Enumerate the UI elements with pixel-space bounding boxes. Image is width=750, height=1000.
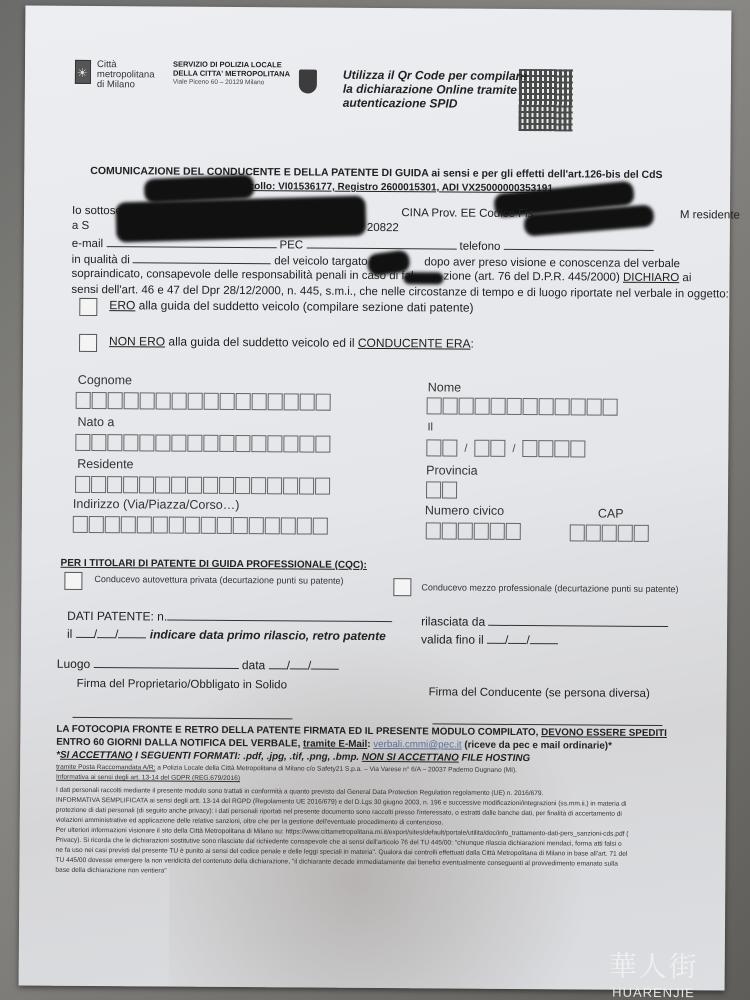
police-service-block: SERVIZIO DI POLIZIA LOCALE DELLA CITTA' … <box>173 60 290 88</box>
char-box[interactable] <box>268 393 283 410</box>
title-rest: ai sensi e per gli effetti dell'art.126-… <box>428 167 662 181</box>
text: LA FOTOCOPIA FRONTE E RETRO DELLA PATENT… <box>56 724 541 738</box>
place-label: Luogo <box>57 657 90 671</box>
char-box[interactable] <box>474 523 489 540</box>
char-box[interactable] <box>265 517 280 534</box>
char-box[interactable] <box>91 476 106 493</box>
char-box[interactable] <box>187 477 202 494</box>
watermark-latin: HUARENJIE <box>609 985 699 1000</box>
issue-date-label: il <box>67 627 72 641</box>
char-box[interactable] <box>315 436 330 453</box>
char-box[interactable] <box>442 439 457 456</box>
indirizzo-boxes[interactable] <box>73 516 328 535</box>
day-boxes[interactable] <box>426 439 457 456</box>
text: SI ACCETTANO <box>60 750 132 762</box>
char-box[interactable] <box>121 516 136 533</box>
non-ero-option-label: NON ERO alla guida del suddetto veicolo … <box>109 334 474 351</box>
issued-by-field[interactable] <box>488 615 668 627</box>
char-box[interactable] <box>139 476 154 493</box>
driver-signature-label: Firma del Conducente (se persona diversa… <box>429 686 650 700</box>
email-label: e-mail <box>72 238 103 250</box>
year-boxes[interactable] <box>522 440 585 457</box>
char-box[interactable] <box>538 440 553 457</box>
ero-checkbox[interactable] <box>79 298 97 316</box>
role-label: in qualità di <box>72 254 130 266</box>
service-address: Viale Piceno 60 – 20129 Milano <box>173 78 290 88</box>
nato-a-label: Nato a <box>77 415 114 429</box>
char-box[interactable] <box>587 398 602 415</box>
char-box[interactable] <box>281 517 296 534</box>
text: M residente <box>680 209 740 221</box>
residente-boxes[interactable] <box>75 476 330 495</box>
email-link[interactable]: verbali.cmmi@pec.it <box>373 739 461 751</box>
role-field[interactable] <box>133 252 271 264</box>
cap-boxes[interactable] <box>570 524 649 542</box>
indirizzo-label: Indirizzo (Via/Piazza/Corso…) <box>73 497 240 512</box>
residente-label: Residente <box>77 457 133 471</box>
char-box[interactable] <box>634 525 649 542</box>
cognome-label: Cognome <box>78 373 132 387</box>
birth-date-label: Il <box>427 421 433 433</box>
char-box[interactable] <box>539 398 554 415</box>
char-box[interactable] <box>315 478 330 495</box>
char-box[interactable] <box>156 392 171 409</box>
char-box[interactable] <box>236 393 251 410</box>
char-box[interactable] <box>570 524 585 541</box>
text: NON SI ACCETTANO <box>362 752 459 764</box>
char-box[interactable] <box>76 392 91 409</box>
char-box[interactable] <box>73 516 88 533</box>
char-box[interactable] <box>220 393 235 410</box>
char-box[interactable] <box>153 516 168 533</box>
char-box[interactable] <box>201 517 216 534</box>
non-ero-key: NON ERO <box>109 334 165 348</box>
char-box[interactable] <box>555 398 570 415</box>
ero-option-label: ERO alla guida del suddetto veicolo (com… <box>109 298 473 315</box>
char-box[interactable] <box>75 434 90 451</box>
char-box[interactable] <box>172 393 187 410</box>
char-box[interactable] <box>235 477 250 494</box>
valid-until-label: valida fino il <box>421 632 484 646</box>
valid-until-row: valida fino il // <box>421 632 558 647</box>
text: dopo aver preso visione e conoscenza del… <box>424 256 680 270</box>
text: : <box>471 337 474 351</box>
non-ero-checkbox[interactable] <box>79 334 97 352</box>
date-separator: / <box>512 442 515 454</box>
nome-boxes[interactable] <box>427 397 618 415</box>
sign-month-field[interactable] <box>290 658 308 669</box>
text: DEVONO ESSERE SPEDITI <box>541 727 667 739</box>
char-box[interactable] <box>155 476 170 493</box>
char-box[interactable] <box>507 398 522 415</box>
char-box[interactable] <box>458 523 473 540</box>
char-box[interactable] <box>523 398 538 415</box>
cqc-private-checkbox[interactable] <box>64 572 82 590</box>
text: sopraindicato, consapevole delle respons… <box>72 268 414 282</box>
footer-line-3: *SI ACCETTANO I SEGUENTI FORMATI: .pdf, … <box>56 750 530 764</box>
char-box[interactable] <box>603 399 618 416</box>
char-box[interactable] <box>169 517 184 534</box>
char-box[interactable] <box>267 477 282 494</box>
char-box[interactable] <box>123 476 138 493</box>
issued-by-row: rilasciata da <box>421 614 668 630</box>
conducente-text: CONDUCENTE ERA <box>358 336 471 351</box>
sign-year-field[interactable] <box>311 659 339 670</box>
postal-address: a Polizia Locale della Città Metropolita… <box>155 764 517 774</box>
date-separator: / <box>464 442 467 454</box>
driver-signature-field[interactable] <box>432 723 662 726</box>
ero-key: ERO <box>109 298 135 312</box>
char-box[interactable] <box>571 398 586 415</box>
cqc-professional-label: Conducevo mezzo professionale (decurtazi… <box>421 582 678 594</box>
issue-date-hint: indicare data primo rilascio, retro pate… <box>150 627 386 643</box>
text: a S <box>72 220 89 232</box>
char-box[interactable] <box>203 435 218 452</box>
owner-signature-label: Firma del Proprietario/Obbligato in Soli… <box>77 678 287 691</box>
char-box[interactable] <box>187 435 202 452</box>
citta-metropolitana-logo-icon <box>75 60 91 84</box>
text: (riceve da pec e mail ordinarie)* <box>462 740 612 752</box>
char-box[interactable] <box>459 398 474 415</box>
char-box[interactable] <box>442 481 457 498</box>
char-box[interactable] <box>140 392 155 409</box>
sign-day-field[interactable] <box>269 658 287 669</box>
char-box[interactable] <box>233 517 248 534</box>
declaration-line-5: sopraindicato, consapevole delle respons… <box>72 268 692 284</box>
char-box[interactable] <box>203 477 218 494</box>
char-box[interactable] <box>267 435 282 452</box>
nome-label: Nome <box>428 380 461 394</box>
char-box[interactable] <box>107 434 122 451</box>
char-box[interactable] <box>89 516 104 533</box>
char-box[interactable] <box>490 523 505 540</box>
owner-signature-field[interactable] <box>72 717 292 720</box>
issue-year-field[interactable] <box>118 627 146 638</box>
place-date-row: Luogo data // <box>57 657 340 673</box>
char-box[interactable] <box>92 392 107 409</box>
char-box[interactable] <box>426 522 441 539</box>
valid-day-field[interactable] <box>487 633 505 644</box>
issue-date-row: il // indicare data primo rilascio, retr… <box>67 627 386 643</box>
char-box[interactable] <box>426 439 441 456</box>
provincia-boxes[interactable] <box>426 481 457 498</box>
char-box[interactable] <box>570 440 585 457</box>
text: alla guida del suddetto veicolo ed il <box>165 335 358 350</box>
phone-field[interactable] <box>504 239 654 251</box>
char-box[interactable] <box>107 476 122 493</box>
char-box[interactable] <box>443 397 458 414</box>
qr-instruction-line: Utilizza il Qr Code per compilare <box>343 68 527 83</box>
char-box[interactable] <box>522 440 537 457</box>
pec-field[interactable] <box>306 238 456 250</box>
char-box[interactable] <box>188 393 203 410</box>
char-box[interactable] <box>313 518 328 535</box>
numero-civico-boxes[interactable] <box>426 522 521 540</box>
date-label: data <box>242 658 265 672</box>
char-box[interactable] <box>300 393 315 410</box>
char-box[interactable] <box>219 435 234 452</box>
qr-code-icon[interactable] <box>519 69 573 131</box>
issue-day-field[interactable] <box>76 627 94 638</box>
char-box[interactable] <box>299 477 314 494</box>
place-field[interactable] <box>94 657 239 669</box>
char-box[interactable] <box>251 477 266 494</box>
citta-metropolitana-name: Città metropolitana di Milano <box>97 60 155 90</box>
redaction-mark <box>403 272 443 284</box>
char-box[interactable] <box>124 392 139 409</box>
char-box[interactable] <box>123 434 138 451</box>
char-box[interactable] <box>171 435 186 452</box>
cognome-boxes[interactable] <box>76 392 331 411</box>
char-box[interactable] <box>284 393 299 410</box>
birth-date-boxes[interactable]: / / <box>426 439 585 457</box>
char-box[interactable] <box>427 397 442 414</box>
text: zione (art. 76 del D.P.R. 445/2000) <box>444 270 624 283</box>
huarenjie-watermark: 華人街 HUARENJIE <box>609 945 699 1000</box>
nato-a-boxes[interactable] <box>75 434 330 453</box>
cqc-private-label: Conducevo autovettura privata (decurtazi… <box>94 574 343 586</box>
police-shield-icon <box>299 69 317 93</box>
qr-instruction-line: autenticazione SPID <box>343 96 527 111</box>
char-box[interactable] <box>204 393 219 410</box>
char-box[interactable] <box>602 525 617 542</box>
text: I SEGUENTI FORMATI: .pdf, .jpg, .tif, .p… <box>132 750 362 763</box>
char-box[interactable] <box>91 434 106 451</box>
text: CINA Prov. EE Codice Fis <box>401 207 533 220</box>
char-box[interactable] <box>490 440 505 457</box>
cqc-professional-checkbox[interactable] <box>393 578 411 596</box>
issued-by-label: rilasciata da <box>421 614 485 628</box>
char-box[interactable] <box>155 434 170 451</box>
cqc-heading: PER I TITOLARI DI PATENTE DI GUIDA PROFE… <box>60 558 366 571</box>
char-box[interactable] <box>75 476 90 493</box>
char-box[interactable] <box>283 435 298 452</box>
char-box[interactable] <box>316 394 331 411</box>
char-box[interactable] <box>474 440 489 457</box>
char-box[interactable] <box>185 517 200 534</box>
month-boxes[interactable] <box>474 440 505 457</box>
cap-label: CAP <box>598 507 624 521</box>
provincia-label: Provincia <box>426 463 478 477</box>
char-box[interactable] <box>235 435 250 452</box>
char-box[interactable] <box>506 523 521 540</box>
license-number-field[interactable] <box>167 610 392 623</box>
qr-instructions: Utilizza il Qr Code per compilare la dic… <box>343 68 527 111</box>
license-number-label: DATI PATENTE: n. <box>67 609 167 624</box>
char-box[interactable] <box>442 522 457 539</box>
dichiaro-text: DICHIARO <box>623 272 679 284</box>
char-box[interactable] <box>139 434 154 451</box>
license-number-row: DATI PATENTE: n. <box>67 609 392 625</box>
text: ai <box>679 272 691 284</box>
char-box[interactable] <box>618 525 633 542</box>
email-field[interactable] <box>106 236 276 248</box>
char-box[interactable] <box>586 524 601 541</box>
watermark-chinese: 華人街 <box>609 945 699 986</box>
declaration-line-3: e-mail PEC telefono <box>72 236 654 254</box>
char-box[interactable] <box>283 477 298 494</box>
gdpr-heading: Informativa ai sensi degli art. 13-14 de… <box>56 773 240 784</box>
char-box[interactable] <box>249 517 264 534</box>
char-box[interactable] <box>108 392 123 409</box>
char-box[interactable] <box>217 517 232 534</box>
char-box[interactable] <box>137 516 152 533</box>
privacy-notice: I dati personali raccolti mediante il pr… <box>55 786 628 880</box>
char-box[interactable] <box>105 516 120 533</box>
char-box[interactable] <box>491 398 506 415</box>
title-main: COMUNICAZIONE DEL CONDUCENTE E DELLA PAT… <box>90 165 428 179</box>
char-box[interactable] <box>171 477 186 494</box>
logo-line: di Milano <box>97 80 155 90</box>
valid-year-field[interactable] <box>530 633 558 644</box>
text: ENTRO 60 GIORNI DALLA NOTIFICA DEL VERBA… <box>56 737 297 750</box>
char-box[interactable] <box>475 398 490 415</box>
char-box[interactable] <box>297 517 312 534</box>
char-box[interactable] <box>251 435 266 452</box>
pec-label: PEC <box>279 239 303 251</box>
form-paper: Città metropolitana di Milano SERVIZIO D… <box>19 6 732 991</box>
postal-label: tramite Posta Raccomandata A/R: <box>56 764 155 772</box>
issue-month-field[interactable] <box>97 627 115 638</box>
char-box[interactable] <box>299 435 314 452</box>
vehicle-label: del veicolo targato F <box>274 255 378 268</box>
text: FILE HOSTING <box>459 753 530 764</box>
char-box[interactable] <box>426 481 441 498</box>
char-box[interactable] <box>252 393 267 410</box>
valid-month-field[interactable] <box>508 633 526 644</box>
phone-label: telefono <box>459 241 500 253</box>
numero-civico-label: Numero civico <box>425 503 504 518</box>
text: alla guida del suddetto veicolo (compila… <box>135 298 473 314</box>
char-box[interactable] <box>219 477 234 494</box>
char-box[interactable] <box>554 440 569 457</box>
text: tramite E-Mail <box>303 739 367 750</box>
qr-instruction-line: la dichiarazione Online tramite <box>343 82 527 97</box>
